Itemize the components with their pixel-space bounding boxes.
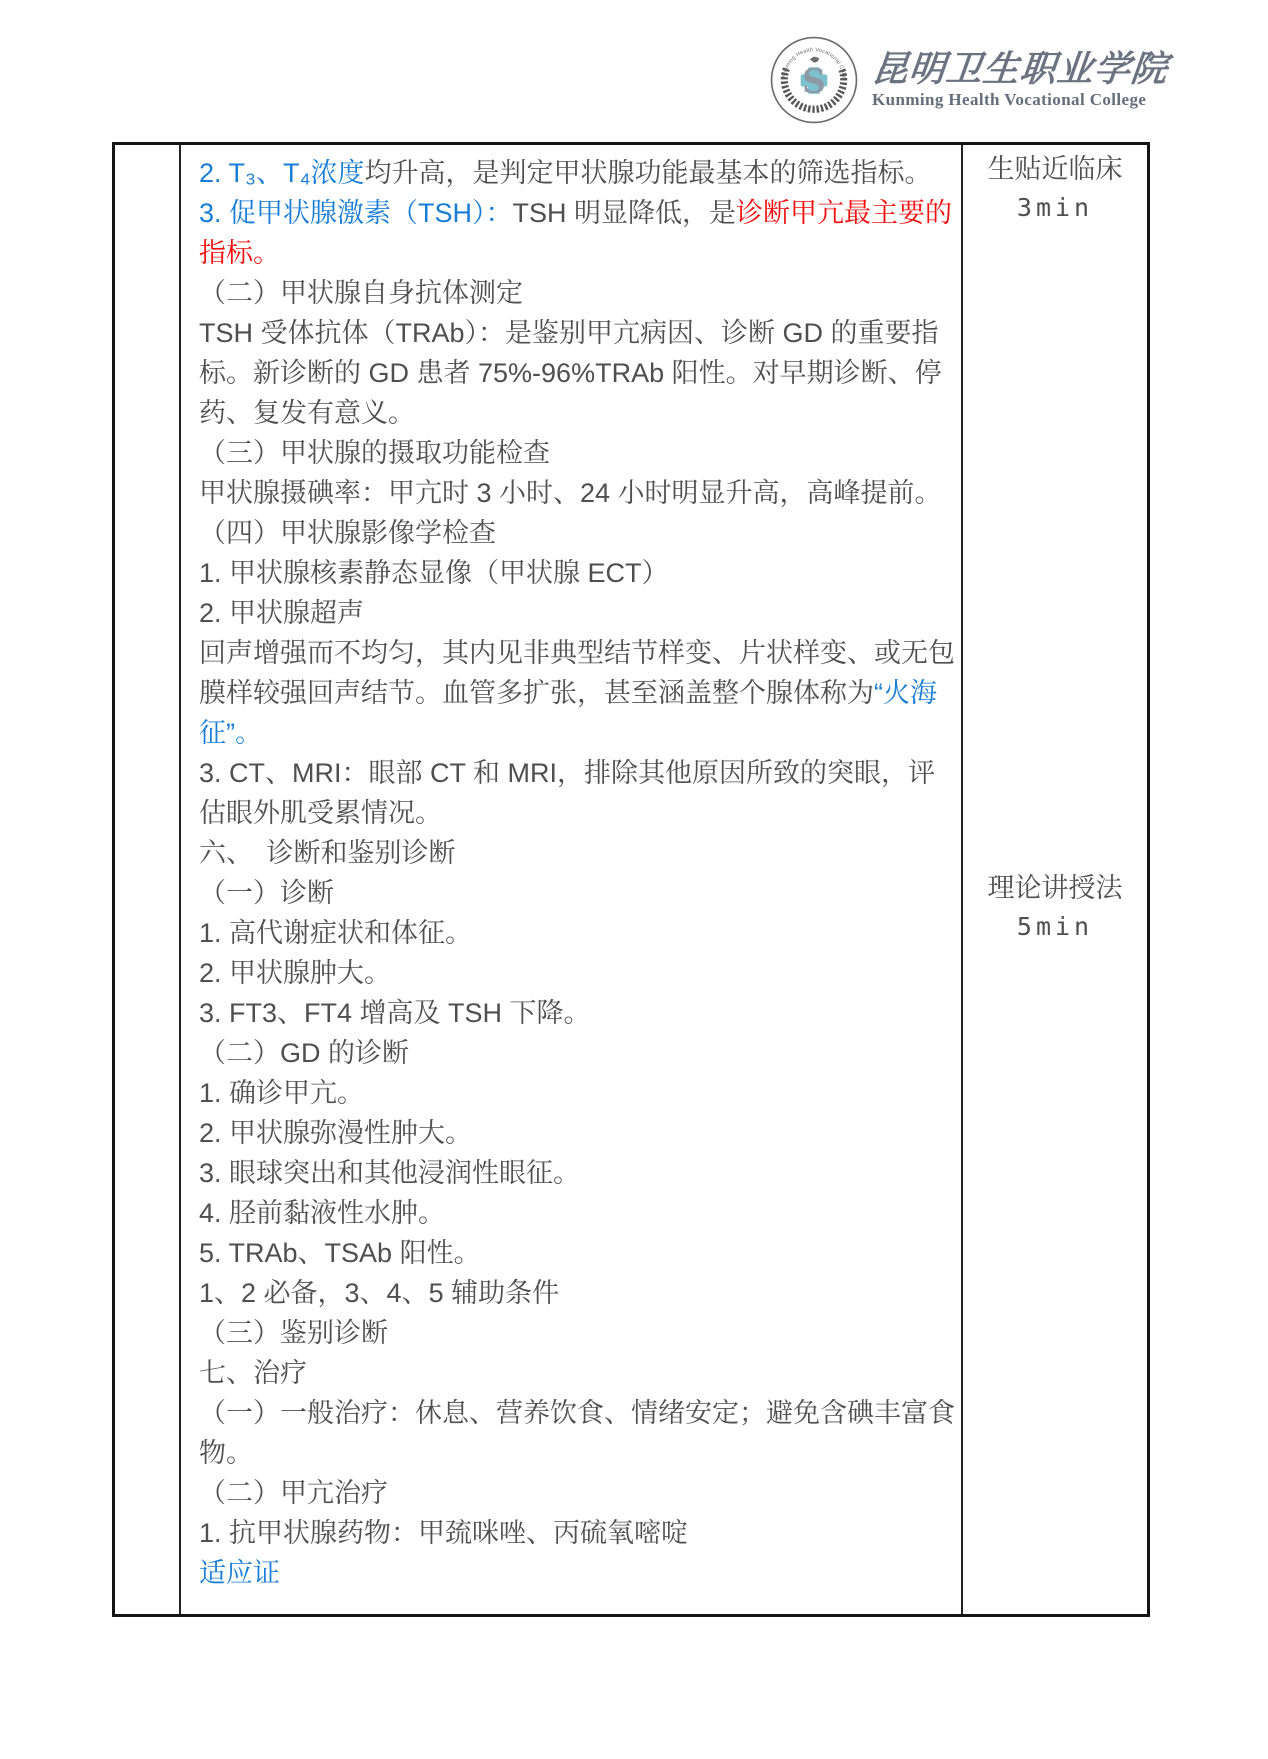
content-paragraph: 2. 甲状腺肿大。: [199, 953, 957, 993]
content-paragraph: （二）甲状腺自身抗体测定: [199, 273, 957, 313]
text-segment-text: 1. 抗甲状腺药物：甲巯咪唑、丙硫氧嘧啶: [199, 1518, 688, 1548]
method-time-block-2: 理论讲授法 5min: [963, 868, 1147, 946]
text-segment-text: 六、 诊断和鉴别诊断: [199, 838, 456, 868]
method-text: 理论讲授法: [963, 868, 1147, 908]
content-paragraph: 2. T₃、T₄浓度均升高，是判定甲状腺功能最基本的筛选指标。: [199, 153, 957, 193]
content-paragraph: 3. FT3、FT4 增高及 TSH 下降。: [199, 993, 957, 1033]
content-paragraph: 适应证: [199, 1553, 957, 1593]
method-text: 生贴近临床: [963, 149, 1147, 189]
text-segment-text: 回声增强而不均匀，其内见非典型结节样变、片状样变、或无包膜样较强回声结节。血管多…: [199, 638, 955, 708]
text-segment-text: TSH 明显降低，是: [513, 198, 737, 228]
table-left-column: [115, 145, 181, 1614]
content-paragraph: TSH 受体抗体（TRAb）：是鉴别甲亢病因、诊断 GD 的重要指标。新诊断的 …: [199, 313, 957, 433]
text-segment-text: （二）GD 的诊断: [199, 1038, 409, 1068]
table-method-column: 生贴近临床 3min 理论讲授法 5min: [963, 145, 1147, 1614]
content-paragraph: 六、 诊断和鉴别诊断: [199, 833, 957, 873]
content-paragraph: （一）诊断: [199, 873, 957, 913]
text-segment-text: 2. 甲状腺超声: [199, 598, 364, 628]
text-segment-text: 均升高，是判定甲状腺功能最基本的筛选指标。: [365, 158, 932, 188]
text-segment-text: 1. 甲状腺核素静态显像（甲状腺 ECT）: [199, 558, 669, 588]
content-paragraph: （三）甲状腺的摄取功能检查: [199, 433, 957, 473]
content-paragraph: 1. 抗甲状腺药物：甲巯咪唑、丙硫氧嘧啶: [199, 1513, 957, 1553]
text-segment-text: （四）甲状腺影像学检查: [199, 518, 496, 548]
method-time: 5min: [963, 908, 1147, 946]
text-segment-text: （二）甲状腺自身抗体测定: [199, 278, 523, 308]
lesson-plan-table: 2. T₃、T₄浓度均升高，是判定甲状腺功能最基本的筛选指标。3. 促甲状腺激素…: [112, 142, 1150, 1617]
text-segment-text: 3. 眼球突出和其他浸润性眼征。: [199, 1158, 580, 1188]
content-paragraph: 3. 促甲状腺激素（TSH）：TSH 明显降低，是诊断甲亢最主要的指标。: [199, 193, 957, 273]
content-paragraph: 1、2 必备，3、4、5 辅助条件: [199, 1273, 957, 1313]
content-paragraph: 3. CT、MRI：眼部 CT 和 MRI，排除其他原因所致的突眼，评估眼外肌受…: [199, 753, 957, 833]
content-paragraph: （二）GD 的诊断: [199, 1033, 957, 1073]
seal-monogram: S: [802, 61, 826, 100]
text-segment-text: （三）甲状腺的摄取功能检查: [199, 438, 550, 468]
content-paragraph: 甲状腺摄碘率：甲亢时 3 小时、24 小时明显升高，高峰提前。: [199, 473, 957, 513]
text-segment-text: 3. FT3、FT4 增高及 TSH 下降。: [199, 998, 591, 1028]
text-segment-text: 1. 高代谢症状和体征。: [199, 918, 472, 948]
text-segment-blue: 2. T₃、T₄浓度: [199, 158, 365, 188]
text-segment-text: 2. 甲状腺肿大。: [199, 958, 391, 988]
text-segment-text: 2. 甲状腺弥漫性肿大。: [199, 1118, 472, 1148]
content-paragraph: 2. 甲状腺弥漫性肿大。: [199, 1113, 957, 1153]
method-time: 3min: [963, 189, 1147, 227]
text-segment-text: TSH 受体抗体（TRAb）：是鉴别甲亢病因、诊断 GD 的重要指标。新诊断的 …: [199, 318, 942, 428]
text-segment-blue: 3. 促甲状腺激素（TSH）：: [199, 198, 513, 228]
page-header: Kunming Health Vocational College 昆明卫生职业…: [770, 36, 1168, 124]
text-segment-text: 3. CT、MRI：眼部 CT 和 MRI，排除其他原因所致的突眼，评估眼外肌受…: [199, 758, 935, 828]
text-segment-text: 4. 胫前黏液性水肿。: [199, 1198, 445, 1228]
content-paragraph: （三）鉴别诊断: [199, 1313, 957, 1353]
text-segment-text: （三）鉴别诊断: [199, 1318, 388, 1348]
content-paragraph: 3. 眼球突出和其他浸润性眼征。: [199, 1153, 957, 1193]
content-paragraph: 1. 确诊甲亢。: [199, 1073, 957, 1113]
text-segment-text: 1、2 必备，3、4、5 辅助条件: [199, 1278, 559, 1308]
content-paragraph: （二）甲亢治疗: [199, 1473, 957, 1513]
content-paragraph: 4. 胫前黏液性水肿。: [199, 1193, 957, 1233]
method-time-block-1: 生贴近临床 3min: [963, 149, 1147, 227]
college-name-en: Kunming Health Vocational College: [872, 89, 1146, 111]
college-name-block: 昆明卫生职业学院 Kunming Health Vocational Colle…: [872, 49, 1168, 111]
content-paragraph: 回声增强而不均匀，其内见非典型结节样变、片状样变、或无包膜样较强回声结节。血管多…: [199, 633, 957, 753]
text-segment-text: 七、治疗: [199, 1358, 307, 1388]
table-content-column: 2. T₃、T₄浓度均升高，是判定甲状腺功能最基本的筛选指标。3. 促甲状腺激素…: [181, 145, 963, 1614]
content-paragraph: 七、治疗: [199, 1353, 957, 1393]
content-paragraph: （四）甲状腺影像学检查: [199, 513, 957, 553]
college-name-zh: 昆明卫生职业学院: [870, 49, 1170, 89]
college-seal-icon: Kunming Health Vocational College 昆明卫生职业…: [770, 36, 858, 124]
text-segment-text: （一）一般治疗：休息、营养饮食、情绪安定；避免含碘丰富食物。: [199, 1398, 955, 1468]
content-paragraph: 1. 高代谢症状和体征。: [199, 913, 957, 953]
text-segment-text: 甲状腺摄碘率：甲亢时 3 小时、24 小时明显升高，高峰提前。: [199, 478, 942, 508]
content-paragraph: 1. 甲状腺核素静态显像（甲状腺 ECT）: [199, 553, 957, 593]
text-segment-text: 1. 确诊甲亢。: [199, 1078, 364, 1108]
text-segment-blue: 适应证: [199, 1558, 280, 1588]
text-segment-text: （一）诊断: [199, 878, 334, 908]
document-page: Kunming Health Vocational College 昆明卫生职业…: [0, 0, 1268, 1759]
content-paragraph: 2. 甲状腺超声: [199, 593, 957, 633]
text-segment-text: 5. TRAb、TSAb 阳性。: [199, 1238, 481, 1268]
text-segment-text: （二）甲亢治疗: [199, 1478, 388, 1508]
content-paragraph: （一）一般治疗：休息、营养饮食、情绪安定；避免含碘丰富食物。: [199, 1393, 957, 1473]
content-paragraph: 5. TRAb、TSAb 阳性。: [199, 1233, 957, 1273]
